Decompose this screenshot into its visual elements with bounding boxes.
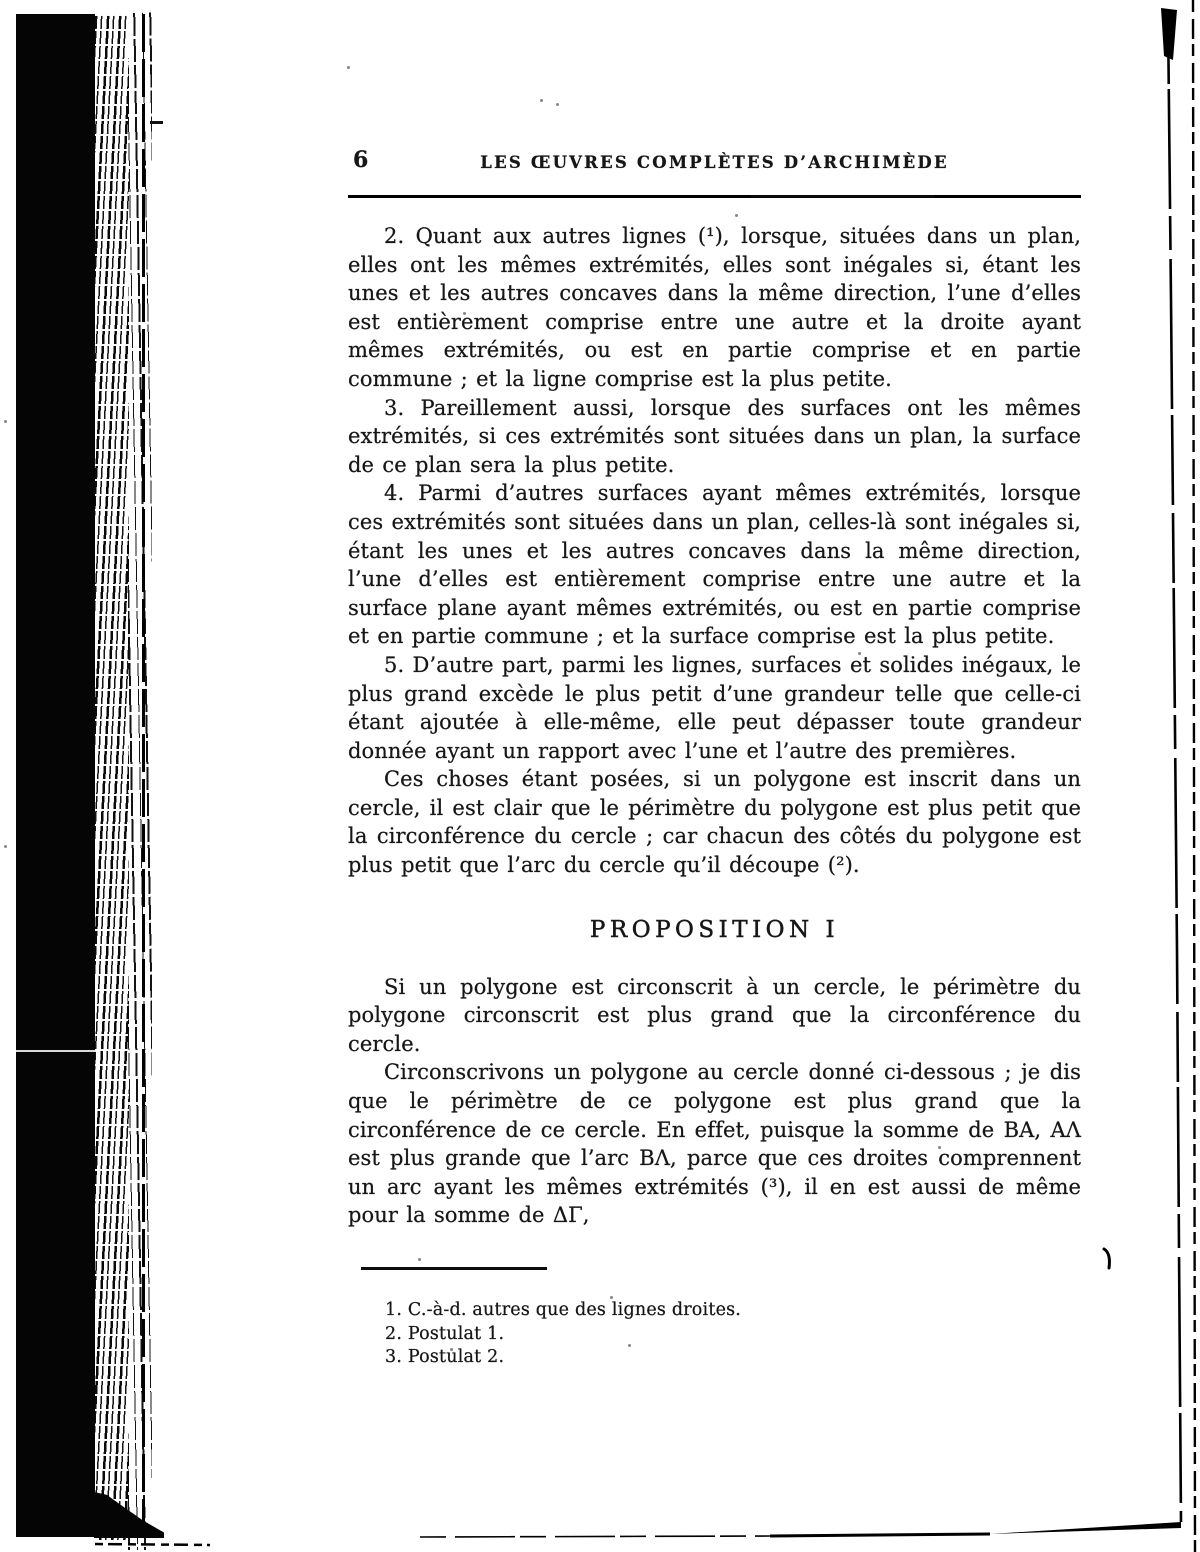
scan-speck <box>540 99 543 102</box>
scan-speck <box>4 845 7 848</box>
page-header: 6 LES ŒUVRES COMPLÈTES D’ARCHIMÈDE <box>348 146 1081 176</box>
body-paragraph: 3. Pareillement aussi, lorsque des surfa… <box>348 394 1081 480</box>
body-paragraph: Circonscrivons un polygone au cercle don… <box>348 1058 1081 1230</box>
scanned-page: 6 LES ŒUVRES COMPLÈTES D’ARCHIMÈDE 2. Qu… <box>0 0 1200 1552</box>
page-edge-streaks-outer <box>128 10 152 1550</box>
running-title: LES ŒUVRES COMPLÈTES D’ARCHIMÈDE <box>348 153 1081 172</box>
body-paragraph: 4. Parmi d’autres surfaces ayant mêmes e… <box>348 479 1081 651</box>
body-paragraph: Si un polygone est circonscrit à un cerc… <box>348 973 1081 1059</box>
body-paragraph: Ces choses étant posées, si un polygone … <box>348 765 1081 879</box>
footnote-item: 2. Postulat 1. <box>385 1323 1081 1347</box>
gutter-white-seam <box>16 1050 96 1052</box>
scan-dash-mark <box>150 121 163 124</box>
header-rule <box>348 195 1081 198</box>
footnote-item: 1. C.-à-d. autres que des lignes droites… <box>385 1299 1081 1323</box>
scan-speck <box>347 66 350 69</box>
footnotes: 1. C.-à-d. autres que des lignes droites… <box>385 1299 1081 1370</box>
body-paragraph: 5. D’autre part, parmi les lignes, surfa… <box>348 651 1081 765</box>
page-edge-line <box>142 14 145 1542</box>
footnote-rule <box>361 1267 547 1270</box>
body-paragraph: 2. Quant aux autres lignes (¹), lorsque,… <box>348 222 1081 394</box>
text-column: 6 LES ŒUVRES COMPLÈTES D’ARCHIMÈDE 2. Qu… <box>348 146 1081 1370</box>
footnote-item: 3. Postulat 2. <box>385 1346 1081 1370</box>
book-gutter-shadow <box>16 14 95 1537</box>
scan-speck <box>556 103 559 106</box>
scan-speck <box>4 420 7 423</box>
proposition-heading: PROPOSITION I <box>348 917 1081 943</box>
page-edge-streaks <box>95 14 129 1540</box>
